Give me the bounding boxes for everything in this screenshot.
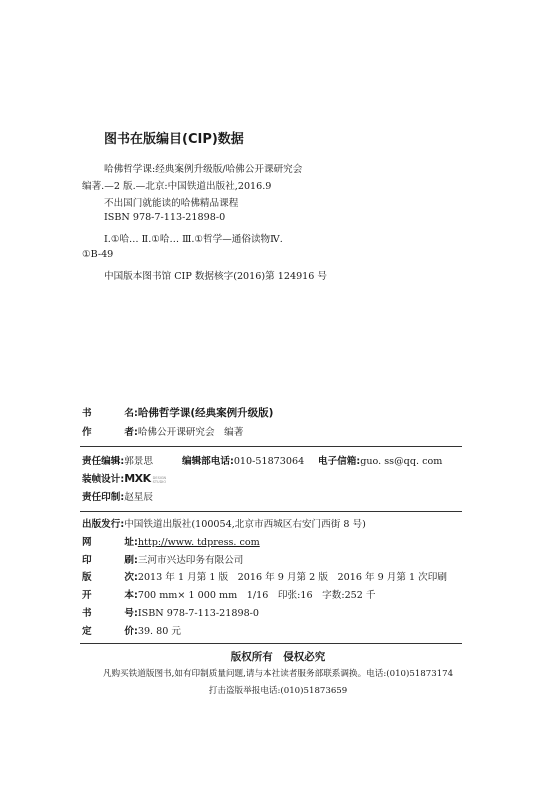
edition-value: 2013 年 1 月第 1 版 2016 年 9 月第 2 版 2016 年 9… xyxy=(138,572,447,583)
quality-notice: 凡购买铁道版图书,如有印制质量问题,请与本社读者服务部联系调换。电话:(010)… xyxy=(0,667,556,679)
cip-line: 编著.—2 版.—北京:中国铁道出版社,2016.9 xyxy=(82,178,271,192)
label-char: 次 xyxy=(124,569,134,583)
print-value: 赵星辰 xyxy=(124,492,153,503)
piracy-hotline: 打击盗版举报电话:(010)51873659 xyxy=(0,684,556,696)
website-row: 网址:http://www. tdpress. com xyxy=(82,534,260,548)
format-row: 开本:700 mm× 1 000 mm 1/16 印张:16 字数:252 千 xyxy=(82,587,376,601)
editor-row: 责任编辑:郭景思 xyxy=(82,453,153,467)
label-char: 印 xyxy=(82,555,92,566)
label-char: 作 xyxy=(82,427,92,438)
isbn-row: 书号:ISBN 978-7-113-21898-0 xyxy=(82,605,259,619)
label-char: 号 xyxy=(124,605,134,619)
edition-row: 版次:2013 年 1 月第 1 版 2016 年 9 月第 2 版 2016 … xyxy=(82,569,447,583)
printer-row: 印刷:三河市兴达印务有限公司 xyxy=(82,552,243,566)
label-char: 本 xyxy=(124,587,134,601)
design-studio-logo-text: DESIGNSTUDIO xyxy=(153,476,167,484)
email-row: 电子信箱:guo. ss@qq. com xyxy=(318,453,442,467)
editor-value: 郭景思 xyxy=(124,456,153,467)
book-author-row: 作者:哈佛公开课研究会 编著 xyxy=(82,424,243,438)
label-char: 刷 xyxy=(124,552,134,566)
cip-line: 不出国门就能读的哈佛精品课程 xyxy=(104,195,238,209)
book-title-value: 哈佛哲学课(经典案例升级版) xyxy=(138,407,274,419)
label-char: 开 xyxy=(82,590,92,601)
label-char: 网 xyxy=(82,537,92,548)
cip-line: 哈佛哲学课:经典案例升级版/哈佛公开课研究会 xyxy=(104,161,302,175)
price-row: 定价:39. 80 元 xyxy=(82,623,181,637)
phone-value: 010-51873064 xyxy=(234,456,304,467)
label-char: 价 xyxy=(124,623,134,637)
price-value: 39. 80 元 xyxy=(138,626,181,637)
book-author-value: 哈佛公开课研究会 编著 xyxy=(138,427,244,438)
design-label: 装帧设计 xyxy=(82,474,120,485)
publisher-value: 中国铁道出版社(100054,北京市西城区右安门西街 8 号) xyxy=(124,519,366,530)
email-value: guo. ss@qq. com xyxy=(360,456,442,467)
label-char: 书 xyxy=(82,408,92,419)
email-label: 电子信箱 xyxy=(318,456,356,467)
divider xyxy=(80,511,462,512)
print-row: 责任印制:赵星辰 xyxy=(82,489,153,503)
label-char: 定 xyxy=(82,626,92,637)
publisher-label: 出版发行 xyxy=(82,519,120,530)
label-char: 书 xyxy=(82,608,92,619)
cip-title: 图书在版编目(CIP)数据 xyxy=(104,128,244,147)
website-link[interactable]: http://www. tdpress. com xyxy=(138,537,260,548)
copyright-notice: 版权所有 侵权必究 xyxy=(0,649,556,664)
editor-label: 责任编辑 xyxy=(82,456,120,467)
phone-row: 编辑部电话:010-51873064 xyxy=(182,453,304,467)
divider xyxy=(80,643,462,644)
format-value: 700 mm× 1 000 mm 1/16 印张:16 字数:252 千 xyxy=(138,590,376,601)
label-char: 版 xyxy=(82,572,92,583)
label-char: 者 xyxy=(124,424,134,438)
isbn-value: ISBN 978-7-113-21898-0 xyxy=(138,608,259,619)
mxk-logo: MXK xyxy=(124,472,150,485)
printer-value: 三河市兴达印务有限公司 xyxy=(138,555,244,566)
cip-line: ①B-49 xyxy=(82,249,113,260)
cip-line: Ⅰ.①哈… Ⅱ.①哈… Ⅲ.①哲学—通俗读物Ⅳ. xyxy=(104,231,283,245)
phone-label: 编辑部电话 xyxy=(182,456,230,467)
print-label: 责任印制 xyxy=(82,492,120,503)
cip-line: ISBN 978-7-113-21898-0 xyxy=(104,212,225,223)
book-title-row: 书名:哈佛哲学课(经典案例升级版) xyxy=(82,405,273,420)
label-char: 址 xyxy=(124,534,134,548)
design-row: 装帧设计:MXKDESIGNSTUDIO xyxy=(82,471,166,485)
cip-line: 中国版本图书馆 CIP 数据核字(2016)第 124916 号 xyxy=(104,268,327,282)
divider xyxy=(80,446,462,447)
logo-sub: STUDIO xyxy=(153,480,166,484)
label-char: 名 xyxy=(124,405,134,419)
publisher-row: 出版发行:中国铁道出版社(100054,北京市西城区右安门西街 8 号) xyxy=(82,516,366,530)
